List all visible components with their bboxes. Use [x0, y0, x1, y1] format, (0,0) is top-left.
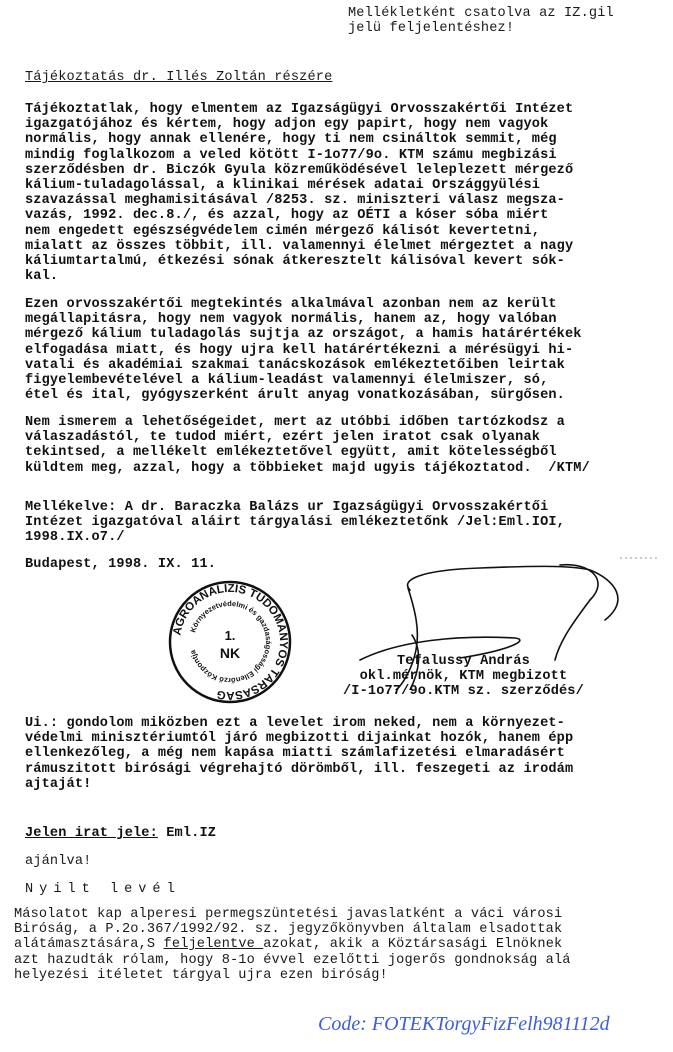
copy-note: Másolatot kap alperesi permegszüntetési …	[14, 907, 571, 983]
attachment-note: Mellékletként csatolva az IZ.gil jelü fe…	[348, 6, 614, 36]
paragraph-1: Tájékoztatlak, hogy elmentem az Igazságü…	[25, 102, 573, 284]
document-code: Code: FOTEKTorgyFizFelh981112d	[318, 1013, 610, 1036]
copy-note-line: helyezési itéletet tárgyal ujra ezen bir…	[14, 968, 388, 983]
copy-note-line: Biróság, a P.2o.367/1992/92. sz. jegyzők…	[14, 922, 562, 937]
paragraph-2: Ezen orvosszakértői megtekintés alkalmáv…	[25, 297, 582, 403]
place-date: Budapest, 1998. IX. 11.	[25, 557, 216, 572]
copy-note-line: azt hazudták rólam, hogy 8-1o évvel ezel…	[14, 953, 571, 968]
postscript: Ui.: gondolom miközben ezt a levelet iro…	[25, 716, 573, 792]
paragraph-3: Nem ismerem a lehetőségeidet, mert az ut…	[25, 415, 590, 476]
document-mark-value: Eml.IZ	[158, 826, 216, 841]
stamp-code: NK	[220, 645, 240, 661]
copy-note-line: alátámasztására,S	[14, 937, 164, 952]
document-mark-label: Jelen irat jele:	[25, 826, 158, 841]
open-letter-title: Nyilt levél	[25, 882, 181, 897]
signature-block: Tefalussy András okl.mérnök, KTM megbizo…	[343, 654, 584, 700]
reported-underlined: feljelentve	[164, 937, 264, 952]
document-title: Tájékoztatás dr. Illés Zoltán részére	[25, 70, 332, 85]
copy-note-line: Másolatot kap alperesi permegszüntetési …	[14, 907, 562, 922]
attachment-paragraph: Mellékelve: A dr. Baraczka Balázs ur Iga…	[25, 500, 565, 546]
document-mark: Jelen irat jele: Eml.IZ	[25, 826, 216, 841]
stamp-number: 1.	[225, 628, 236, 643]
copy-note-line: azokat, akik a Köztársasági Elnöknek	[263, 937, 562, 952]
stamp-seal: AGROANALIZIS TUDOMÁNYOS TÁRSASÁG Környez…	[168, 580, 292, 704]
registered-mail-note: ajánlva!	[25, 854, 91, 869]
